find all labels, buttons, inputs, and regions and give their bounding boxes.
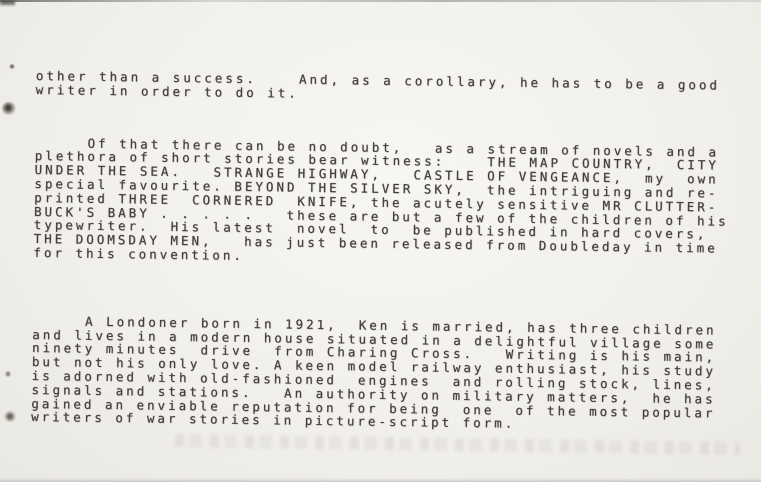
scan-edge-top-artifact [0, 0, 761, 2]
typewritten-text-block: other than a success. And, as a corollar… [31, 69, 731, 434]
ink-smudge [9, 64, 15, 69]
ink-smudge [4, 411, 16, 422]
paragraph-3: A Londoner born in 1921, Ken is married,… [31, 314, 727, 434]
paragraph-2: Of that there can be no doubt, as a stre… [33, 136, 729, 270]
showthrough-ghost-text [175, 434, 740, 455]
scan-corner-artifact [0, 0, 15, 5]
scan-edge-bottom-artifact [0, 478, 761, 482]
scanned-document-page: other than a success. And, as a corollar… [0, 0, 761, 482]
ink-smudge [2, 102, 16, 115]
paragraph-1: other than a success. And, as a corollar… [36, 69, 731, 106]
ink-smudge [5, 371, 11, 377]
